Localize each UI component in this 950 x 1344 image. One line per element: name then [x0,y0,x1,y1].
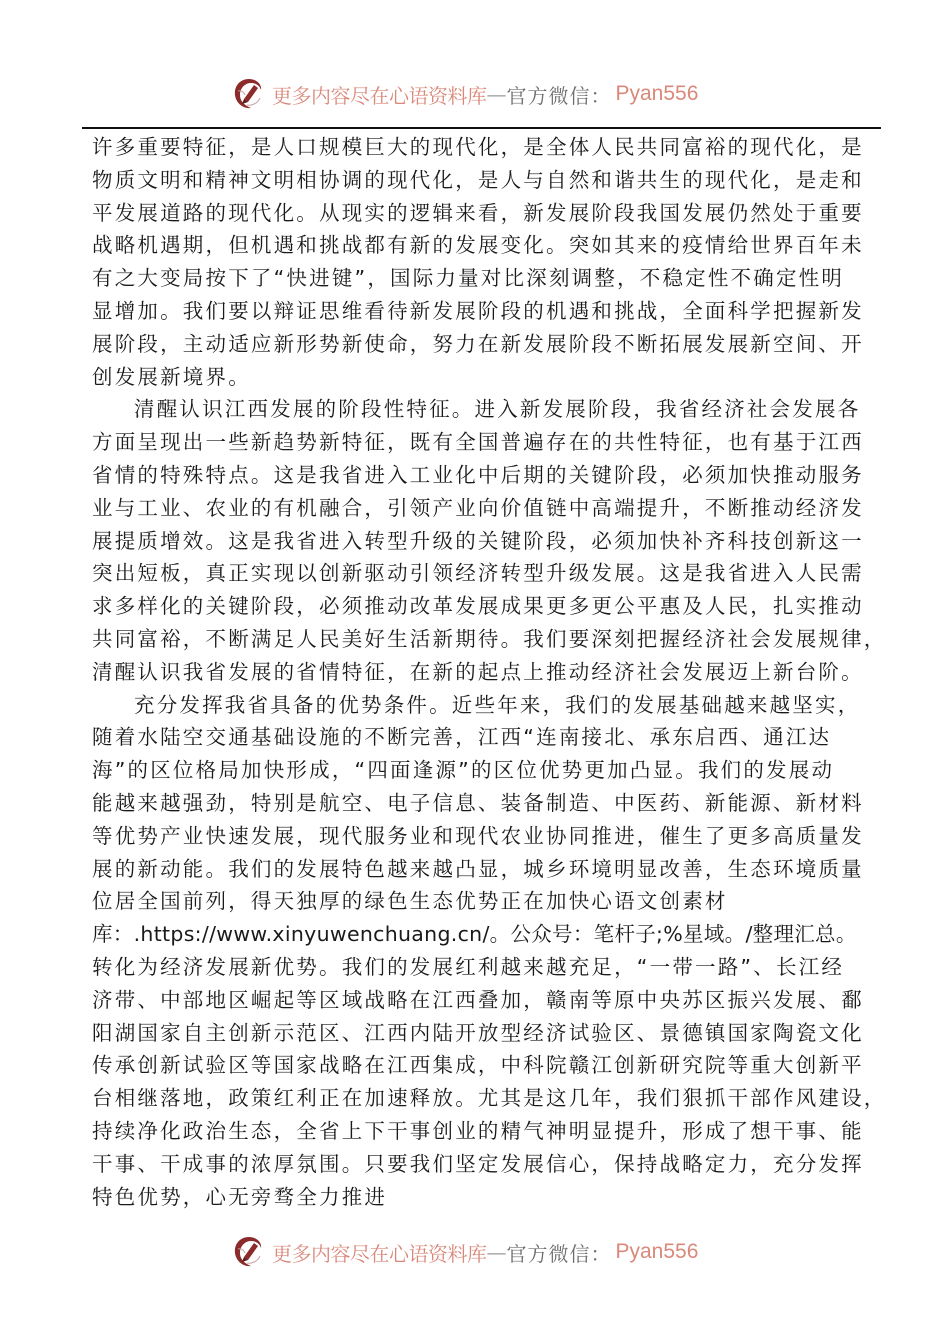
quill-pen-logo-icon [232,1235,266,1269]
text-line: 济带、中部地区崛起等区域战略在江西叠加，赣南等原中央苏区振兴发展、鄱 [92,984,872,1017]
text-line: 干事、干成事的浓厚氛围。只要我们坚定发展信心，保持战略定力，充分发挥 [92,1148,872,1181]
text-line: 能越来越强劲，特别是航空、电子信息、装备制造、中医药、新能源、新材料 [92,787,872,820]
text-line: 平发展道路的现代化。从现实的逻辑来看，新发展阶段我国发展仍然处于重要 [92,197,872,230]
text-line: 战略机遇期，但机遇和挑战都有新的发展变化。突如其来的疫情给世界百年未 [92,229,872,262]
text-line: 阳湖国家自主创新示范区、江西内陆开放型经济试验区、景德镇国家陶瓷文化 [92,1017,872,1050]
url-text-line: 库：.https://www.xinyuwenchuang.cn/。公众号：笔杆… [92,918,872,951]
header-banner: 更多内容尽在心语资料库 — 官方微信： Pyan556 [232,74,698,114]
text-line: 许多重要特征，是人口规模巨大的现代化，是全体人民共同富裕的现代化，是 [92,131,872,164]
text-line: 海”的区位格局加快形成，“四面逢源”的区位优势更加凸显。我们的发展动 [92,754,872,787]
text-line: 转化为经济发展新优势。我们的发展红利越来越充足，“一带一路”、长江经 [92,951,872,984]
text-line: 创发展新境界。 [92,361,872,394]
paragraph-start-line: 充分发挥我省具备的优势条件。近些年来，我们的发展基础越来越坚实， [92,689,872,722]
text-line: 展提质增效。这是我省进入转型升级的关键阶段，必须加快补齐科技创新这一 [92,525,872,558]
brand-text: 更多内容尽在心语资料库 [272,1238,487,1267]
brand-text: 更多内容尽在心语资料库 [272,80,487,109]
wechat-label: 官方微信： [507,80,612,109]
text-line: 位居全国前列，得天独厚的绿色生态优势正在加快心语文创素材 [92,885,872,918]
text-line: 显增加。我们要以辩证思维看待新发展阶段的机遇和挑战，全面科学把握新发 [92,295,872,328]
text-line: 展的新动能。我们的发展特色越来越凸显，城乡环境明显改善，生态环境质量 [92,853,872,886]
paragraph-start-line: 清醒认识江西发展的阶段性特征。进入新发展阶段，我省经济社会发展各 [92,393,872,426]
text-line: 特色优势，心无旁骛全力推进 [92,1181,872,1214]
footer-banner: 更多内容尽在心语资料库 — 官方微信： Pyan556 [232,1232,698,1272]
text-line: 持续净化政治生态，全省上下干事创业的精气神明显提升，形成了想干事、能 [92,1115,872,1148]
text-line: 有之大变局按下了“快进键”，国际力量对比深刻调整，不稳定性不确定性明 [92,262,872,295]
text-line: 共同富裕，不断满足人民美好生活新期待。我们要深刻把握经济社会发展规律， [92,623,872,656]
text-line: 方面呈现出一些新趋势新特征，既有全国普遍存在的共性特征，也有基于江西 [92,426,872,459]
text-line: 等优势产业快速发展，现代服务业和现代农业协同推进，催生了更多高质量发 [92,820,872,853]
quill-pen-logo-icon [232,77,266,111]
document-body: 许多重要特征，是人口规模巨大的现代化，是全体人民共同富裕的现代化，是 物质文明和… [92,131,872,1213]
text-line: 省情的特殊特点。这是我省进入工业化中后期的关键阶段，必须加快推动服务 [92,459,872,492]
banner-dash: — [487,82,507,106]
text-line: 业与工业、农业的有机融合，引领产业向价值链中高端提升，不断推动经济发 [92,492,872,525]
text-line: 随着水陆空交通基础设施的不断完善，江西“连南接北、承东启西、通江达 [92,721,872,754]
wechat-id: Pyan556 [616,1240,699,1264]
text-line: 清醒认识我省发展的省情特征，在新的起点上推动经济社会发展迈上新台阶。 [92,656,872,689]
header-rule [82,127,881,129]
text-line: 物质文明和精神文明相协调的现代化，是人与自然和谐共生的现代化，是走和 [92,164,872,197]
text-line: 传承创新试验区等国家战略在江西集成，中科院赣江创新研究院等重大创新平 [92,1049,872,1082]
wechat-label: 官方微信： [507,1238,612,1267]
text-line: 突出短板，真正实现以创新驱动引领经济转型升级发展。这是我省进入人民需 [92,557,872,590]
text-line: 台相继落地，政策红利正在加速释放。尤其是这几年，我们狠抓干部作风建设， [92,1082,872,1115]
banner-dash: — [487,1240,507,1264]
wechat-id: Pyan556 [616,82,699,106]
text-line: 展阶段，主动适应新形势新使命，努力在新发展阶段不断拓展发展新空间、开 [92,328,872,361]
text-line: 求多样化的关键阶段，必须推动改革发展成果更多更公平惠及人民，扎实推动 [92,590,872,623]
